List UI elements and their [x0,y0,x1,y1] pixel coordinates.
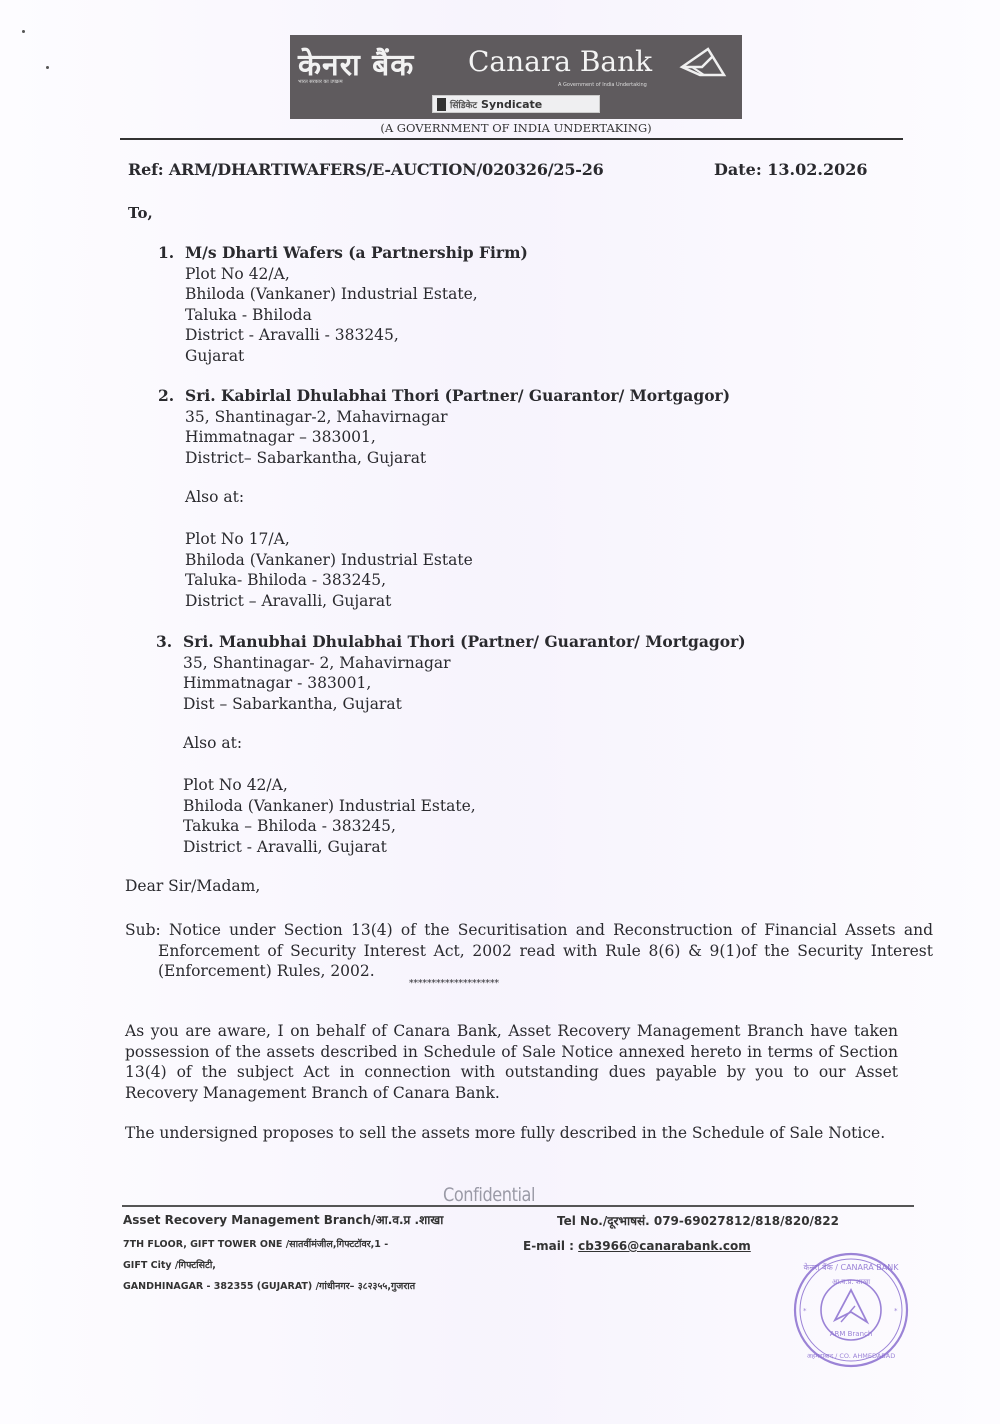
to-label: To, [128,204,153,222]
address-line: Takuka – Bhiloda - 383245, [183,816,476,837]
footer-address-line: 7TH FLOOR, GIFT TOWER ONE /सातवींमंजील,ग… [123,1234,443,1255]
syndicate-badge: सिंडिकेट Syndicate [432,95,600,113]
addressee-1: 1. M/s Dharti Wafers (a Partnership Firm… [185,243,528,366]
address-line: 35, Shantinagar-2, Mahavirnagar [185,407,730,428]
footer-address-line: GANDHINAGAR - 382355 (GUJARAT) /गांधीनगर… [123,1276,443,1297]
address-line: Plot No 42/A, [183,775,476,796]
bank-name-hindi: केनरा बैंक [298,43,414,84]
also-at-label: Also at: [185,488,244,506]
address-line: Taluka - Bhiloda [185,305,528,326]
syndicate-hindi-label: सिंडिकेट [450,98,477,111]
addressee-3: 3. Sri. Manubhai Dhulabhai Thori (Partne… [183,632,746,714]
canara-bank-logo-icon [678,45,728,79]
bank-name-english: Canara Bank [468,45,652,78]
address-line: Bhiloda (Vankaner) Industrial Estate, [183,796,476,817]
bank-tagline-english: A Government of India Undertaking [558,82,647,88]
footer-telephone: Tel No./दूरभाषसं. 079-69027812/818/820/8… [523,1212,839,1229]
confidential-watermark: Confidential [443,1184,535,1206]
address-line: Gujarat [185,346,528,367]
alternate-address-3: Plot No 42/A, Bhiloda (Vankaner) Industr… [183,775,476,857]
addressee-name: Sri. Kabirlal Dhulabhai Thori (Partner/ … [185,386,730,407]
address-line: Plot No 42/A, [185,264,528,285]
email-label: E-mail : [523,1239,578,1253]
stamp-bottom-text: अहमदाबाद / CO. AHMEDABAD [807,1352,895,1360]
addressee-number: 2. [158,386,174,407]
addressee-2: 2. Sri. Kabirlal Dhulabhai Thori (Partne… [185,386,730,468]
address-line: Plot No 17/A, [185,529,473,550]
bank-tagline-hindi: भारत सरकार का उपक्रम [298,79,343,85]
also-at-label: Also at: [183,734,242,752]
addressee-number: 1. [158,243,174,264]
salutation: Dear Sir/Madam, [125,877,260,895]
footer-address-line: GIFT City /गिफ्टसिटी, [123,1255,443,1276]
address-line: District - Aravalli, Gujarat [183,837,476,858]
body-paragraph-2: The undersigned proposes to sell the ass… [125,1123,898,1144]
address-line: District– Sabarkantha, Gujarat [185,448,730,469]
address-line: Himmatnagar – 383001, [185,427,730,448]
address-line: Bhiloda (Vankaner) Industrial Estate, [185,284,528,305]
svg-text:*: * [894,1307,898,1315]
bank-letterhead: केनरा बैंक भारत सरकार का उपक्रम Canara B… [290,35,742,119]
address-line: Himmatnagar - 383001, [183,673,746,694]
government-undertaking-label: (A GOVERNMENT OF INDIA UNDERTAKING) [0,121,1000,135]
body-paragraph-1: As you are aware, I on behalf of Canara … [125,1021,898,1103]
scan-speck [46,66,49,69]
footer-branch-address: Asset Recovery Management Branch/आ.व.प्र… [123,1211,443,1297]
address-line: 35, Shantinagar- 2, Mahavirnagar [183,653,746,674]
stamp-inner-text: आ.व.प्र. शाखा [832,1278,870,1286]
alternate-address-2: Plot No 17/A, Bhiloda (Vankaner) Industr… [185,529,473,611]
svg-text:*: * [803,1307,807,1315]
address-line: District - Aravalli - 383245, [185,325,528,346]
addressee-name: Sri. Manubhai Dhulabhai Thori (Partner/ … [183,632,746,653]
letter-date: Date: 13.02.2026 [714,160,868,179]
address-line: Dist – Sabarkantha, Gujarat [183,694,746,715]
footer-divider [122,1205,914,1207]
header-divider [120,138,903,140]
reference-number: Ref: ARM/DHARTIWAFERS/E-AUCTION/020326/2… [128,160,604,179]
stamp-branch-text: ARM Branch [830,1330,873,1338]
footer-contact: Tel No./दूरभाषसं. 079-69027812/818/820/8… [523,1212,839,1253]
syndicate-logo-icon [437,98,446,111]
address-line: Taluka- Bhiloda - 383245, [185,570,473,591]
footer-branch-name: Asset Recovery Management Branch/आ.व.प्र… [123,1211,443,1228]
address-line: Bhiloda (Vankaner) Industrial Estate [185,550,473,571]
address-line: District – Aravalli, Gujarat [185,591,473,612]
subject-separator: ******************** [409,979,499,989]
subject-line: Sub: Notice under Section 13(4) of the S… [125,920,933,982]
addressee-name: M/s Dharti Wafers (a Partnership Firm) [185,243,528,264]
addressee-number: 3. [156,632,172,653]
scan-speck [22,30,25,33]
email-link[interactable]: cb3966@canarabank.com [578,1239,751,1253]
bank-seal-stamp-icon: केनरा बैंक / CANARA BANK आ.व.प्र. शाखा A… [785,1250,917,1370]
stamp-top-text: केनरा बैंक / CANARA BANK [804,1262,900,1272]
syndicate-label: Syndicate [481,98,542,111]
